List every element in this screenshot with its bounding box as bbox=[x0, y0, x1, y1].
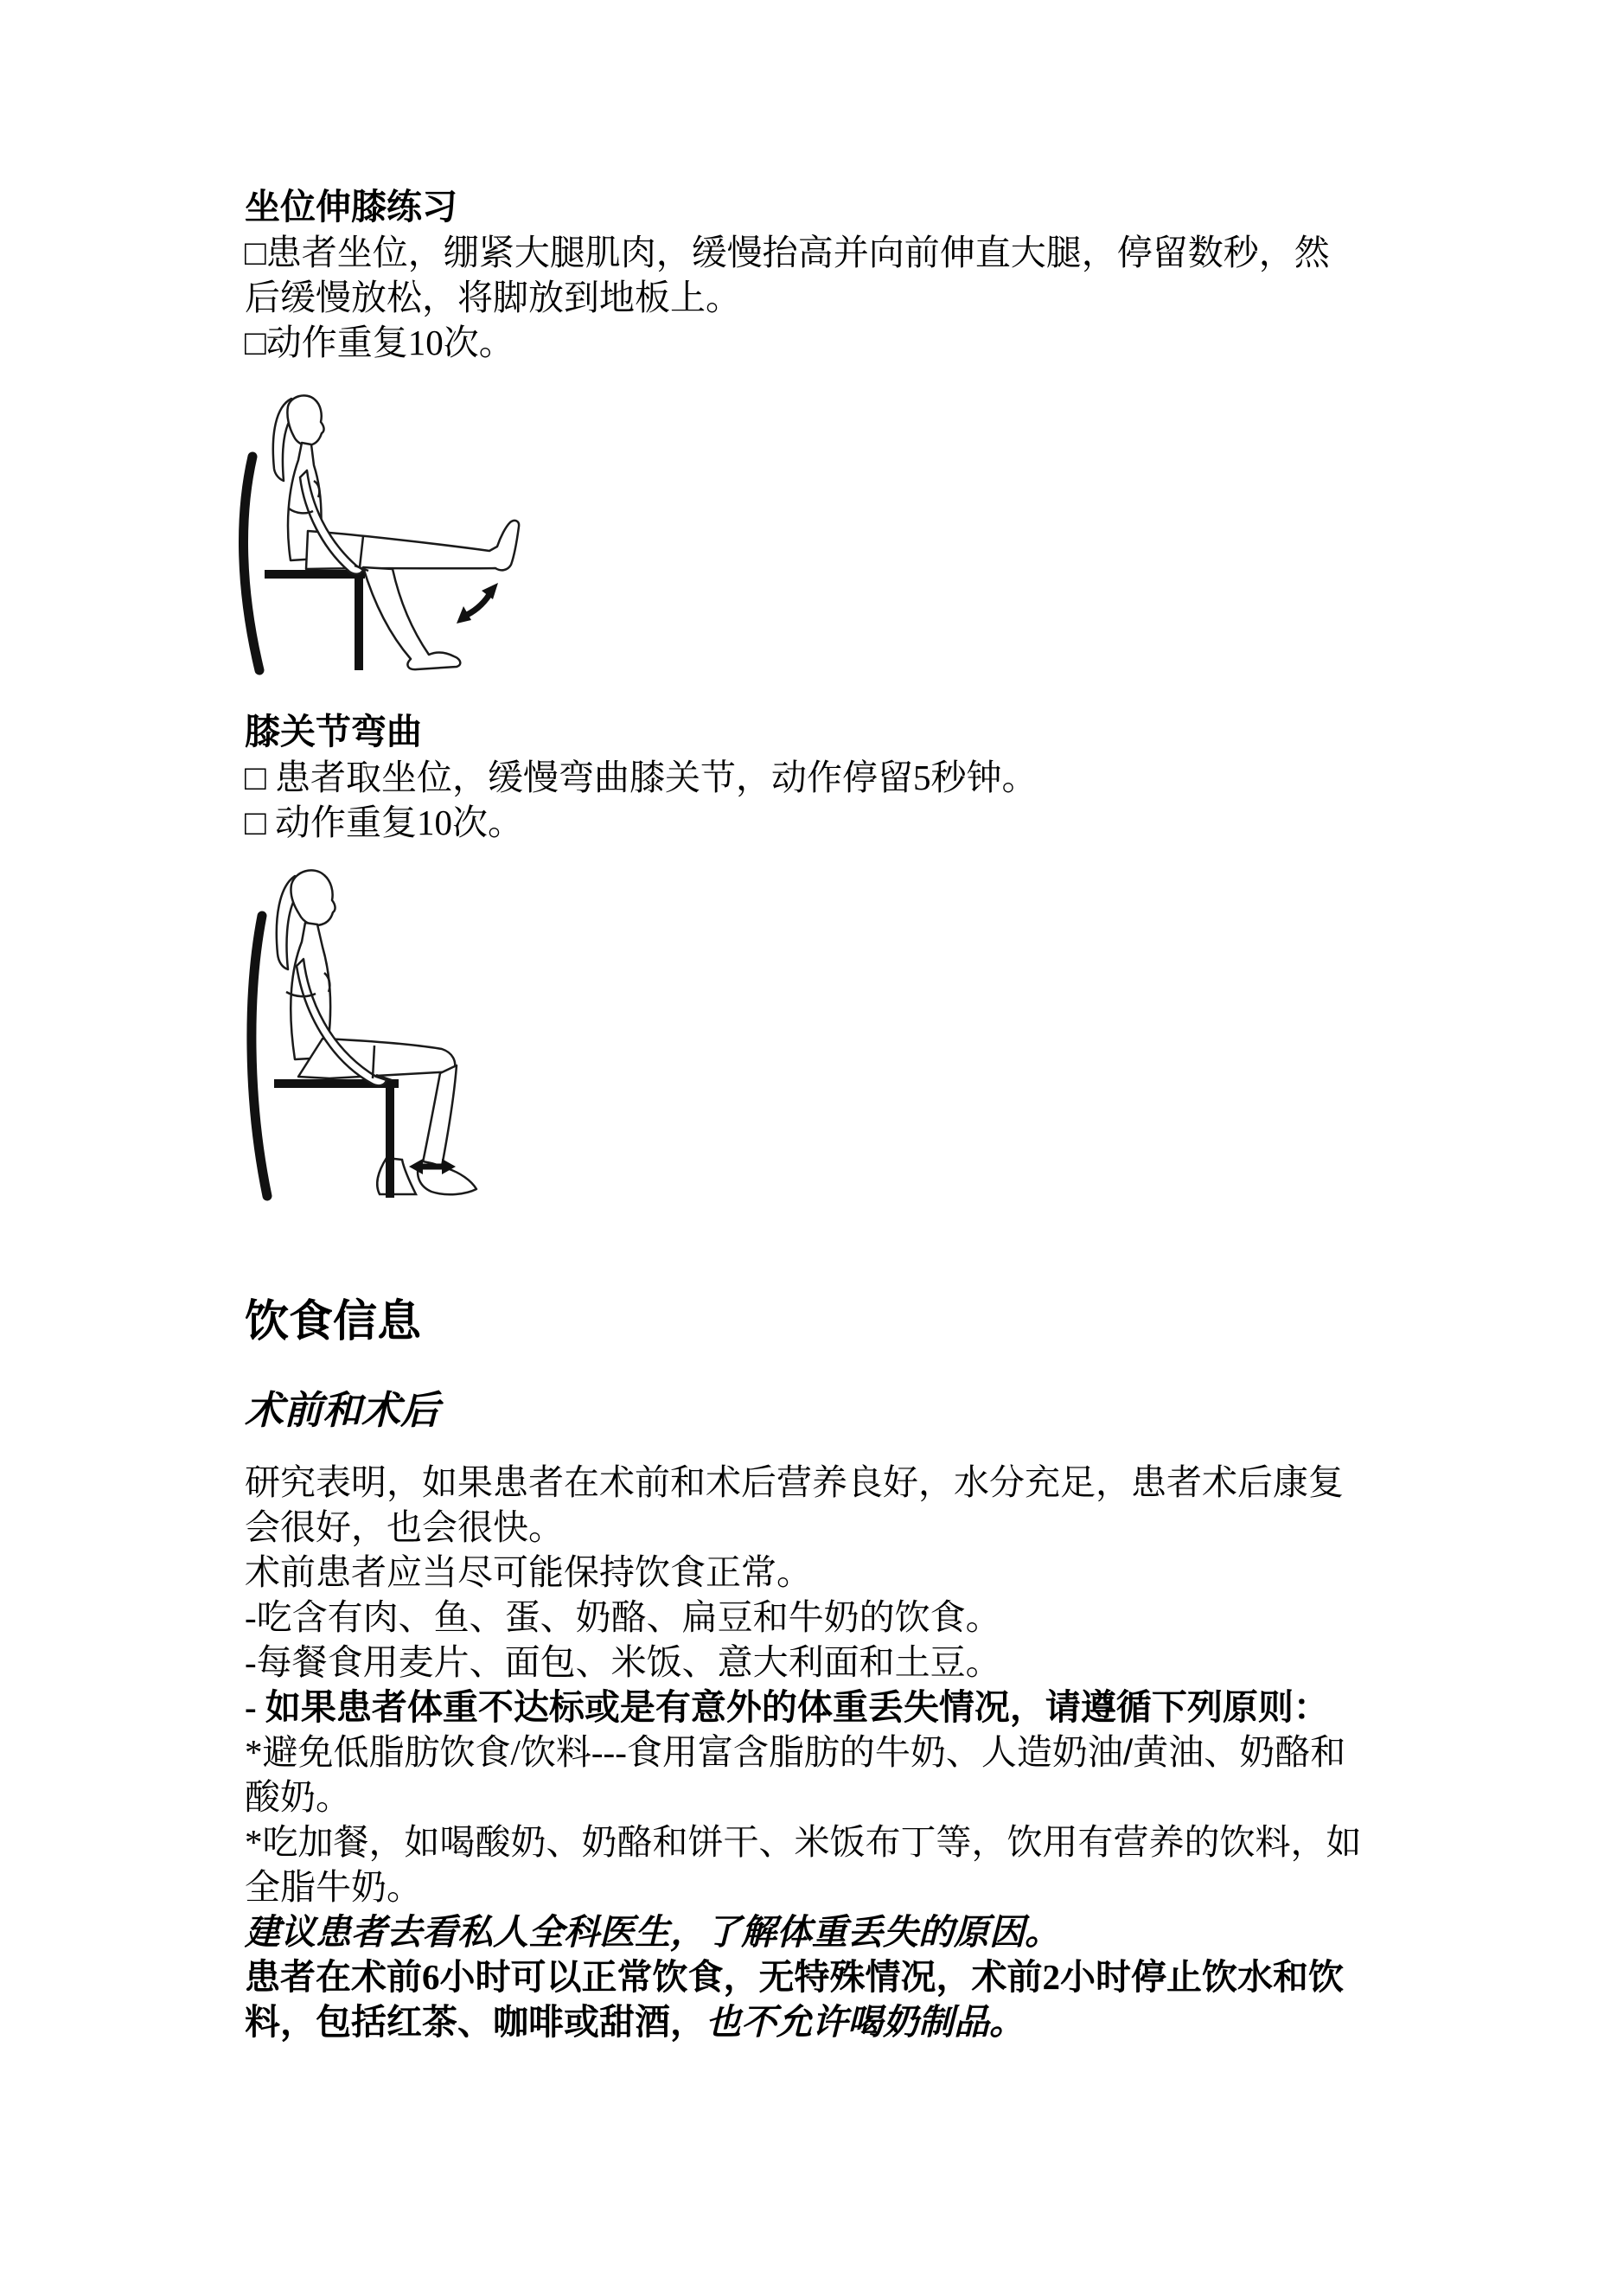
head bbox=[291, 870, 335, 924]
thigh bbox=[298, 1039, 455, 1078]
far-foot bbox=[377, 1158, 416, 1194]
exercise-title: 膝关节弯曲 bbox=[245, 708, 1362, 755]
diet-keep-normal: 术前患者应当尽可能保持饮食正常。 bbox=[245, 1550, 1362, 1595]
section-diet-information: 饮食信息 术前和术后 研究表明，如果患者在术前和术后营养良好，水分充足，患者术后… bbox=[245, 1295, 1362, 2044]
motion-arrow-icon bbox=[457, 583, 498, 624]
figure-knee-flexion bbox=[246, 862, 493, 1204]
document-content: 坐位伸膝练习 □患者坐位，绷紧大腿肌肉，缓慢抬高并向前伸直大腿，停留数秒，然后缓… bbox=[245, 183, 1362, 2044]
diet-fasting-rule: 患者在术前6小时可以正常饮食，无特殊情况，术前2小时停止饮水和饮料，包括红茶、咖… bbox=[245, 1954, 1362, 2044]
exercise-instruction: □ 患者取坐位，缓慢弯曲膝关节，动作停留5秒钟。 bbox=[245, 755, 1362, 800]
exercise-title: 坐位伸膝练习 bbox=[245, 183, 1362, 230]
exercise-repetition: □ 动作重复10次。 bbox=[245, 800, 1362, 845]
diet-avoid-lowfat-serif: *避免低脂肪饮食/饮料---食用富含脂肪的牛奶、 bbox=[245, 1732, 981, 1772]
diet-fasting-italic: 也不允许喝奶制品。 bbox=[706, 2002, 1025, 2042]
section-knee-flexion: 膝关节弯曲 □ 患者取坐位，缓慢弯曲膝关节，动作停留5秒钟。 □ 动作重复10次… bbox=[245, 708, 1362, 1204]
diet-avoid-lowfat: *避免低脂肪饮食/饮料---食用富含脂肪的牛奶、人造奶油/黄油、奶酪和酸奶。 bbox=[245, 1730, 1362, 1820]
exercise-repetition: □动作重复10次。 bbox=[245, 320, 1362, 365]
figure-seated-knee-extension bbox=[233, 387, 571, 677]
diet-dash-item: -吃含有肉、鱼、蛋、奶酪、扁豆和牛奶的饮食。 bbox=[245, 1595, 1362, 1640]
diet-snacks: *吃加餐，如喝酸奶、奶酪和饼干、米饭布丁等，饮用有营养的饮料，如全脂牛奶。 bbox=[245, 1820, 1362, 1909]
patient-figure bbox=[273, 395, 519, 669]
bent-leg bbox=[363, 567, 460, 669]
diet-gp-advice: 建议患者去看私人全科医生，了解体重丢失的原因。 bbox=[245, 1909, 1362, 1954]
diet-dash-item: -每餐食用麦片、面包、米饭、意大利面和土豆。 bbox=[245, 1640, 1362, 1685]
diet-title: 饮食信息 bbox=[245, 1295, 1362, 1349]
exercise-instruction: □患者坐位，绷紧大腿肌肉，缓慢抬高并向前伸直大腿，停留数秒，然后缓慢放松，将脚放… bbox=[245, 230, 1362, 320]
head bbox=[287, 395, 323, 445]
diet-underweight-rule: - 如果患者体重不达标或是有意外的体重丢失情况，请遵循下列原则： bbox=[245, 1685, 1362, 1730]
patient-figure bbox=[277, 870, 476, 1194]
diet-subtitle: 术前和术后 bbox=[245, 1387, 1362, 1434]
diet-paragraphs: 研究表明，如果患者在术前和术后营养良好，水分充足，患者术后康复会很好，也会很快。… bbox=[245, 1460, 1362, 2044]
diet-intro: 研究表明，如果患者在术前和术后营养良好，水分充足，患者术后康复会很好，也会很快。 bbox=[245, 1460, 1362, 1550]
lower-leg bbox=[422, 1065, 457, 1174]
document-page: 坐位伸膝练习 □患者坐位，绷紧大腿肌肉，缓慢抬高并向前伸直大腿，停留数秒，然后缓… bbox=[0, 0, 1623, 2296]
section-seated-knee-extension: 坐位伸膝练习 □患者坐位，绷紧大腿肌肉，缓慢抬高并向前伸直大腿，停留数秒，然后缓… bbox=[245, 183, 1362, 677]
